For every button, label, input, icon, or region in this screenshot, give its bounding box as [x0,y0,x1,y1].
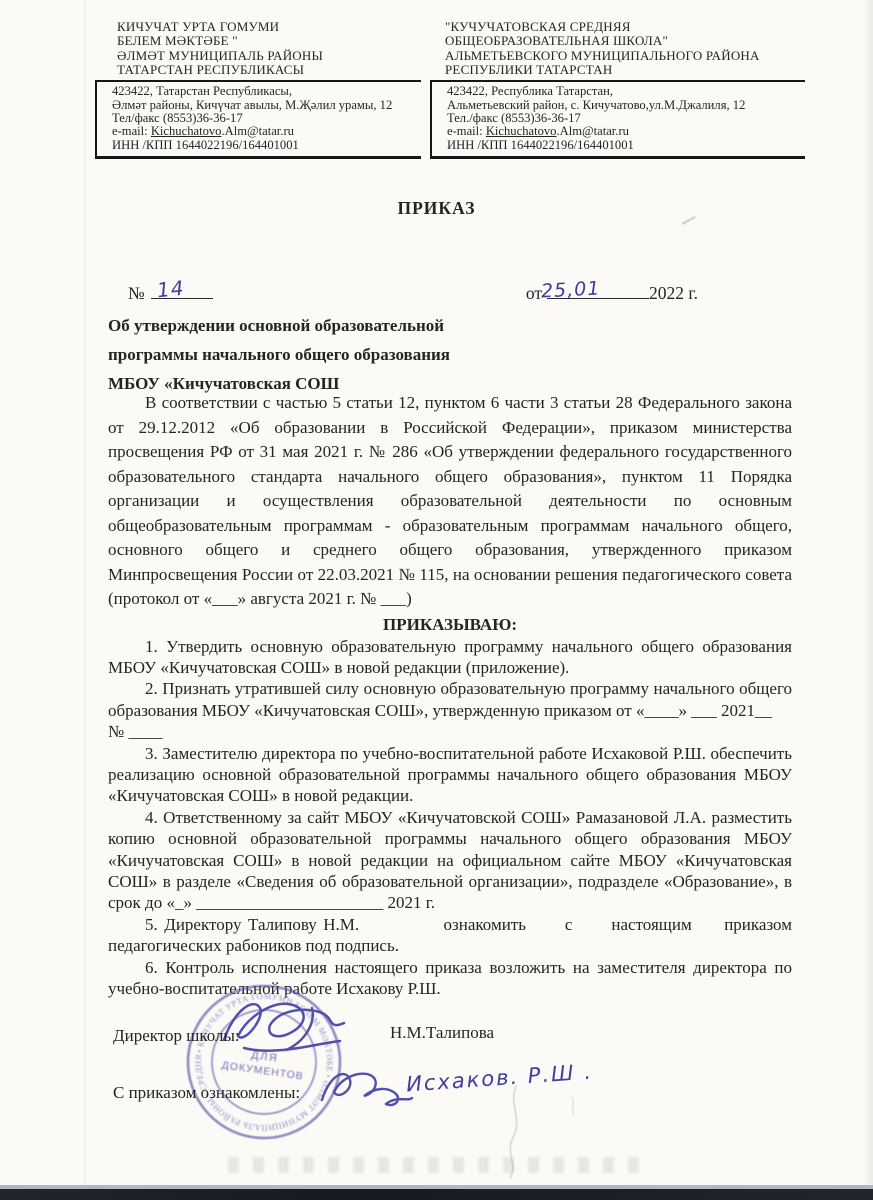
year-suffix: 2022 г. [649,283,698,303]
inn-line: ИНН /КПП 1644022196/164401001 [112,139,421,152]
bleed-through-ghost-text [228,1157,640,1173]
email-address: Kichuchatovo [151,124,222,138]
order-date-group: от25,012022 г. [526,282,698,304]
order-item-5: 5. Директору Талипову Н.М. ознакомить с … [108,914,792,957]
acknowledged-label: С приказом ознакомлены: [113,1083,300,1103]
letterhead: КИЧУЧАТ УРТА ГОМУМИ БЕЛЕМ МӘКТӘБЕ " ӘЛМӘ… [95,20,805,159]
org-address-block: 423422, Республика Татарстан, Альметьевс… [430,80,805,159]
subject-line: Об утверждении основной образовательной [108,311,588,340]
org-line: "КУЧУЧАТОВСКАЯ СРЕДНЯЯ [445,20,805,34]
org-line: АЛЬМЕТЬЕВСКОГО МУНИЦИПАЛЬНОГО РАЙОНА [445,49,805,63]
number-date-row: №14 от25,012022 г. [108,282,792,304]
order-body: В соответствии с частью 5 статьи 12, пун… [108,391,792,999]
letterhead-tatar-column: КИЧУЧАТ УРТА ГОМУМИ БЕЛЕМ МӘКТӘБЕ " ӘЛМӘ… [95,20,421,159]
email-line: e-mail: Kichuchatovo.Alm@tatar.ru [112,125,421,138]
director-label: Директор школы: [113,1026,240,1046]
email-label: e-mail: [112,124,151,138]
addr-line: Тел./факс (8553)36-36-17 [447,112,805,125]
stray-pen-marks [480,1078,620,1198]
scanned-order-document: КИЧУЧАТ УРТА ГОМУМИ БЕЛЕМ МӘКТӘБЕ " ӘЛМӘ… [0,0,873,1200]
org-line: КИЧУЧАТ УРТА ГОМУМИ [117,20,421,34]
email-label: e-mail: [447,124,486,138]
document-title: ПРИКАЗ [0,198,873,219]
org-line: ӘЛМӘТ МУНИЦИПАЛЬ РАЙОНЫ [117,49,421,63]
scan-edge-shadow [0,1189,873,1200]
addr-line: Альметьевский район, с. Кичучатово,ул.М.… [447,99,805,112]
email-address: Kichuchatovo [486,124,557,138]
letterhead-russian-column: "КУЧУЧАТОВСКАЯ СРЕДНЯЯ ОБЩЕОБРАЗОВАТЕЛЬН… [430,20,805,159]
number-blank-line: 14 [151,282,213,299]
date-blank-line: 25,01 [547,282,649,299]
director-name: Н.М.Талипова [390,1023,494,1043]
inn-line: ИНН /КПП 1644022196/164401001 [447,139,805,152]
addr-line: 423422, Республика Татарстан, [447,85,805,98]
order-number-group: №14 [128,282,213,304]
org-line: ОБЩЕОБРАЗОВАТЕЛЬНАЯ ШКОЛА" [445,34,805,48]
email-line: e-mail: Kichuchatovo.Alm@tatar.ru [447,125,805,138]
handwritten-date: 25,01 [540,277,600,302]
number-sign-label: № [128,283,145,303]
handwritten-order-number: 14 [156,276,186,303]
org-name-block: КИЧУЧАТ УРТА ГОМУМИ БЕЛЕМ МӘКТӘБЕ " ӘЛМӘ… [95,20,421,80]
addr-line: Тел/факс (8553)36-36-17 [112,112,421,125]
order-item-2: 2. Признать утратившей силу основную обр… [108,678,792,721]
preamble-paragraph: В соответствии с частью 5 статьи 12, пун… [108,391,792,612]
org-line: РЕСПУБЛИКИ ТАТАРСТАН [445,63,805,77]
order-item-1: 1. Утвердить основную образовательную пр… [108,636,792,679]
org-line: БЕЛЕМ МӘКТӘБЕ " [117,34,421,48]
email-rest: .Alm@tatar.ru [556,124,628,138]
addr-line: 423422, Татарстан Республикасы, [112,85,421,98]
org-name-block: "КУЧУЧАТОВСКАЯ СРЕДНЯЯ ОБЩЕОБРАЗОВАТЕЛЬН… [430,20,805,80]
org-line: ТАТАРСТАН РЕСПУБЛИКАСЫ [117,63,421,77]
order-item-3: 3. Заместителю директора по учебно-воспи… [108,743,792,807]
order-item-4: 4. Ответственному за сайт МБОУ «Кичучато… [108,807,792,914]
order-heading: ПРИКАЗЫВАЮ: [108,613,792,636]
subject-line: программы начального общего образования [108,340,588,369]
order-subject: Об утверждении основной образовательной … [108,311,588,398]
order-item-2-number-line: № ____ [108,721,792,742]
addr-line: Әлмәт районы, Кичүчат авылы, М.Җәлил ура… [112,99,421,112]
org-address-block: 423422, Татарстан Республикасы, Әлмәт ра… [95,80,421,159]
acknowledgement-signature [316,1060,416,1120]
date-from-label: от [526,283,542,303]
email-rest: .Alm@tatar.ru [221,124,293,138]
